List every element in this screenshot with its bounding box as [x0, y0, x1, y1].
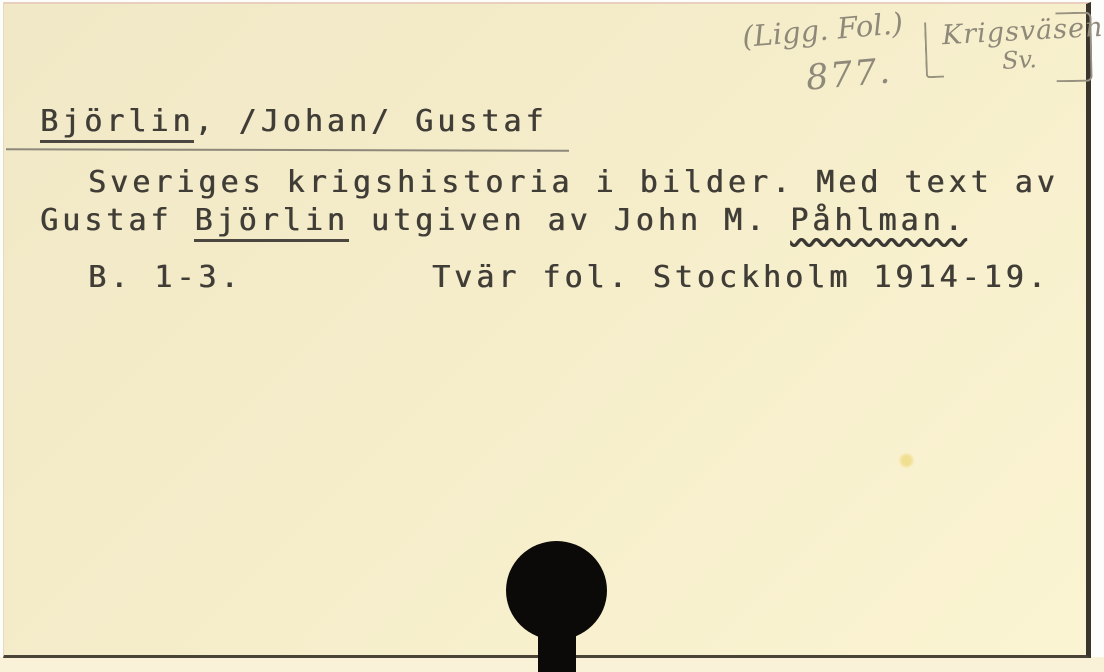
title-line-2: Gustaf Björlin utgiven av John M. Påhlma…	[40, 206, 967, 236]
title-line-1: Sveriges krigshistoria i bilder. Med tex…	[88, 168, 1059, 198]
shelf-number-handwritten: 877.	[805, 54, 894, 96]
title-line2-text2: utgiven av John M.	[349, 203, 790, 238]
punch-hole-slot	[538, 622, 576, 672]
volume-statement: B. 1-3.	[88, 263, 242, 293]
subject-bracket-right	[1055, 12, 1092, 83]
author-surname: Björlin	[40, 104, 194, 143]
subject-subdivision-handwritten: Sv.	[1001, 47, 1037, 73]
title-line2-text: Gustaf	[40, 203, 194, 238]
author-heading: Björlin, /Johan/ Gustaf	[40, 107, 547, 137]
imprint-statement: Tvär fol. Stockholm 1914-19.	[432, 263, 1050, 293]
paper-stain	[900, 454, 913, 467]
format-note-handwritten: (Ligg. Fol.)	[741, 9, 904, 52]
heading-rule	[6, 148, 569, 151]
author-forenames: , /Johan/ Gustaf	[194, 104, 547, 139]
title-author-underlined: Björlin	[194, 203, 348, 242]
title-editor-wavy-underlined: Påhlman.	[790, 203, 967, 238]
